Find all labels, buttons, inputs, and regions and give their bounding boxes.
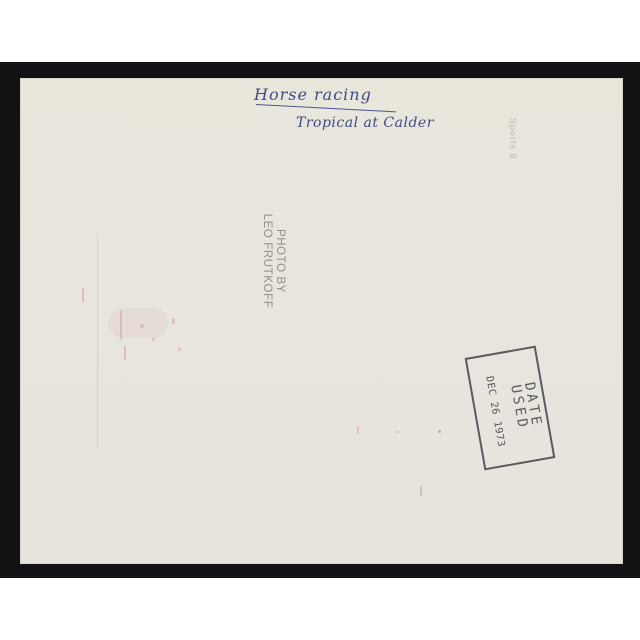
faint-crease-line	[97, 238, 98, 448]
ink-speck	[438, 430, 441, 433]
handwritten-caption-line2: Tropical at Calder	[296, 115, 434, 131]
handwritten-caption-line1: Horse racing	[254, 85, 372, 104]
date-used-stamp: DATE USED DEC 26 1973	[465, 346, 556, 471]
pink-smudge	[178, 348, 181, 351]
photo-credit-stamp: PHOTO BY LEO FRUTKOFF	[216, 196, 286, 326]
pink-smudge	[396, 431, 399, 433]
pink-smudge	[124, 346, 126, 360]
pink-smudge	[152, 338, 155, 341]
date-used-stamp-date: DEC 26 1973	[481, 361, 509, 461]
ink-speck	[420, 486, 422, 496]
photo-credit-line2: LEO FRUTKOFF	[260, 196, 273, 326]
date-used-stamp-title: DATE USED	[505, 362, 547, 450]
edge-pencil-note: Sports 8	[508, 118, 518, 160]
pink-smudge	[108, 308, 168, 338]
handwritten-underline	[256, 104, 396, 112]
pink-smudge	[172, 318, 175, 324]
photo-back-paper: Horse racing Tropical at Calder Sports 8…	[20, 78, 623, 564]
photo-credit-line1: PHOTO BY	[273, 196, 286, 326]
pink-smudge	[357, 426, 359, 434]
pink-smudge	[82, 288, 84, 302]
